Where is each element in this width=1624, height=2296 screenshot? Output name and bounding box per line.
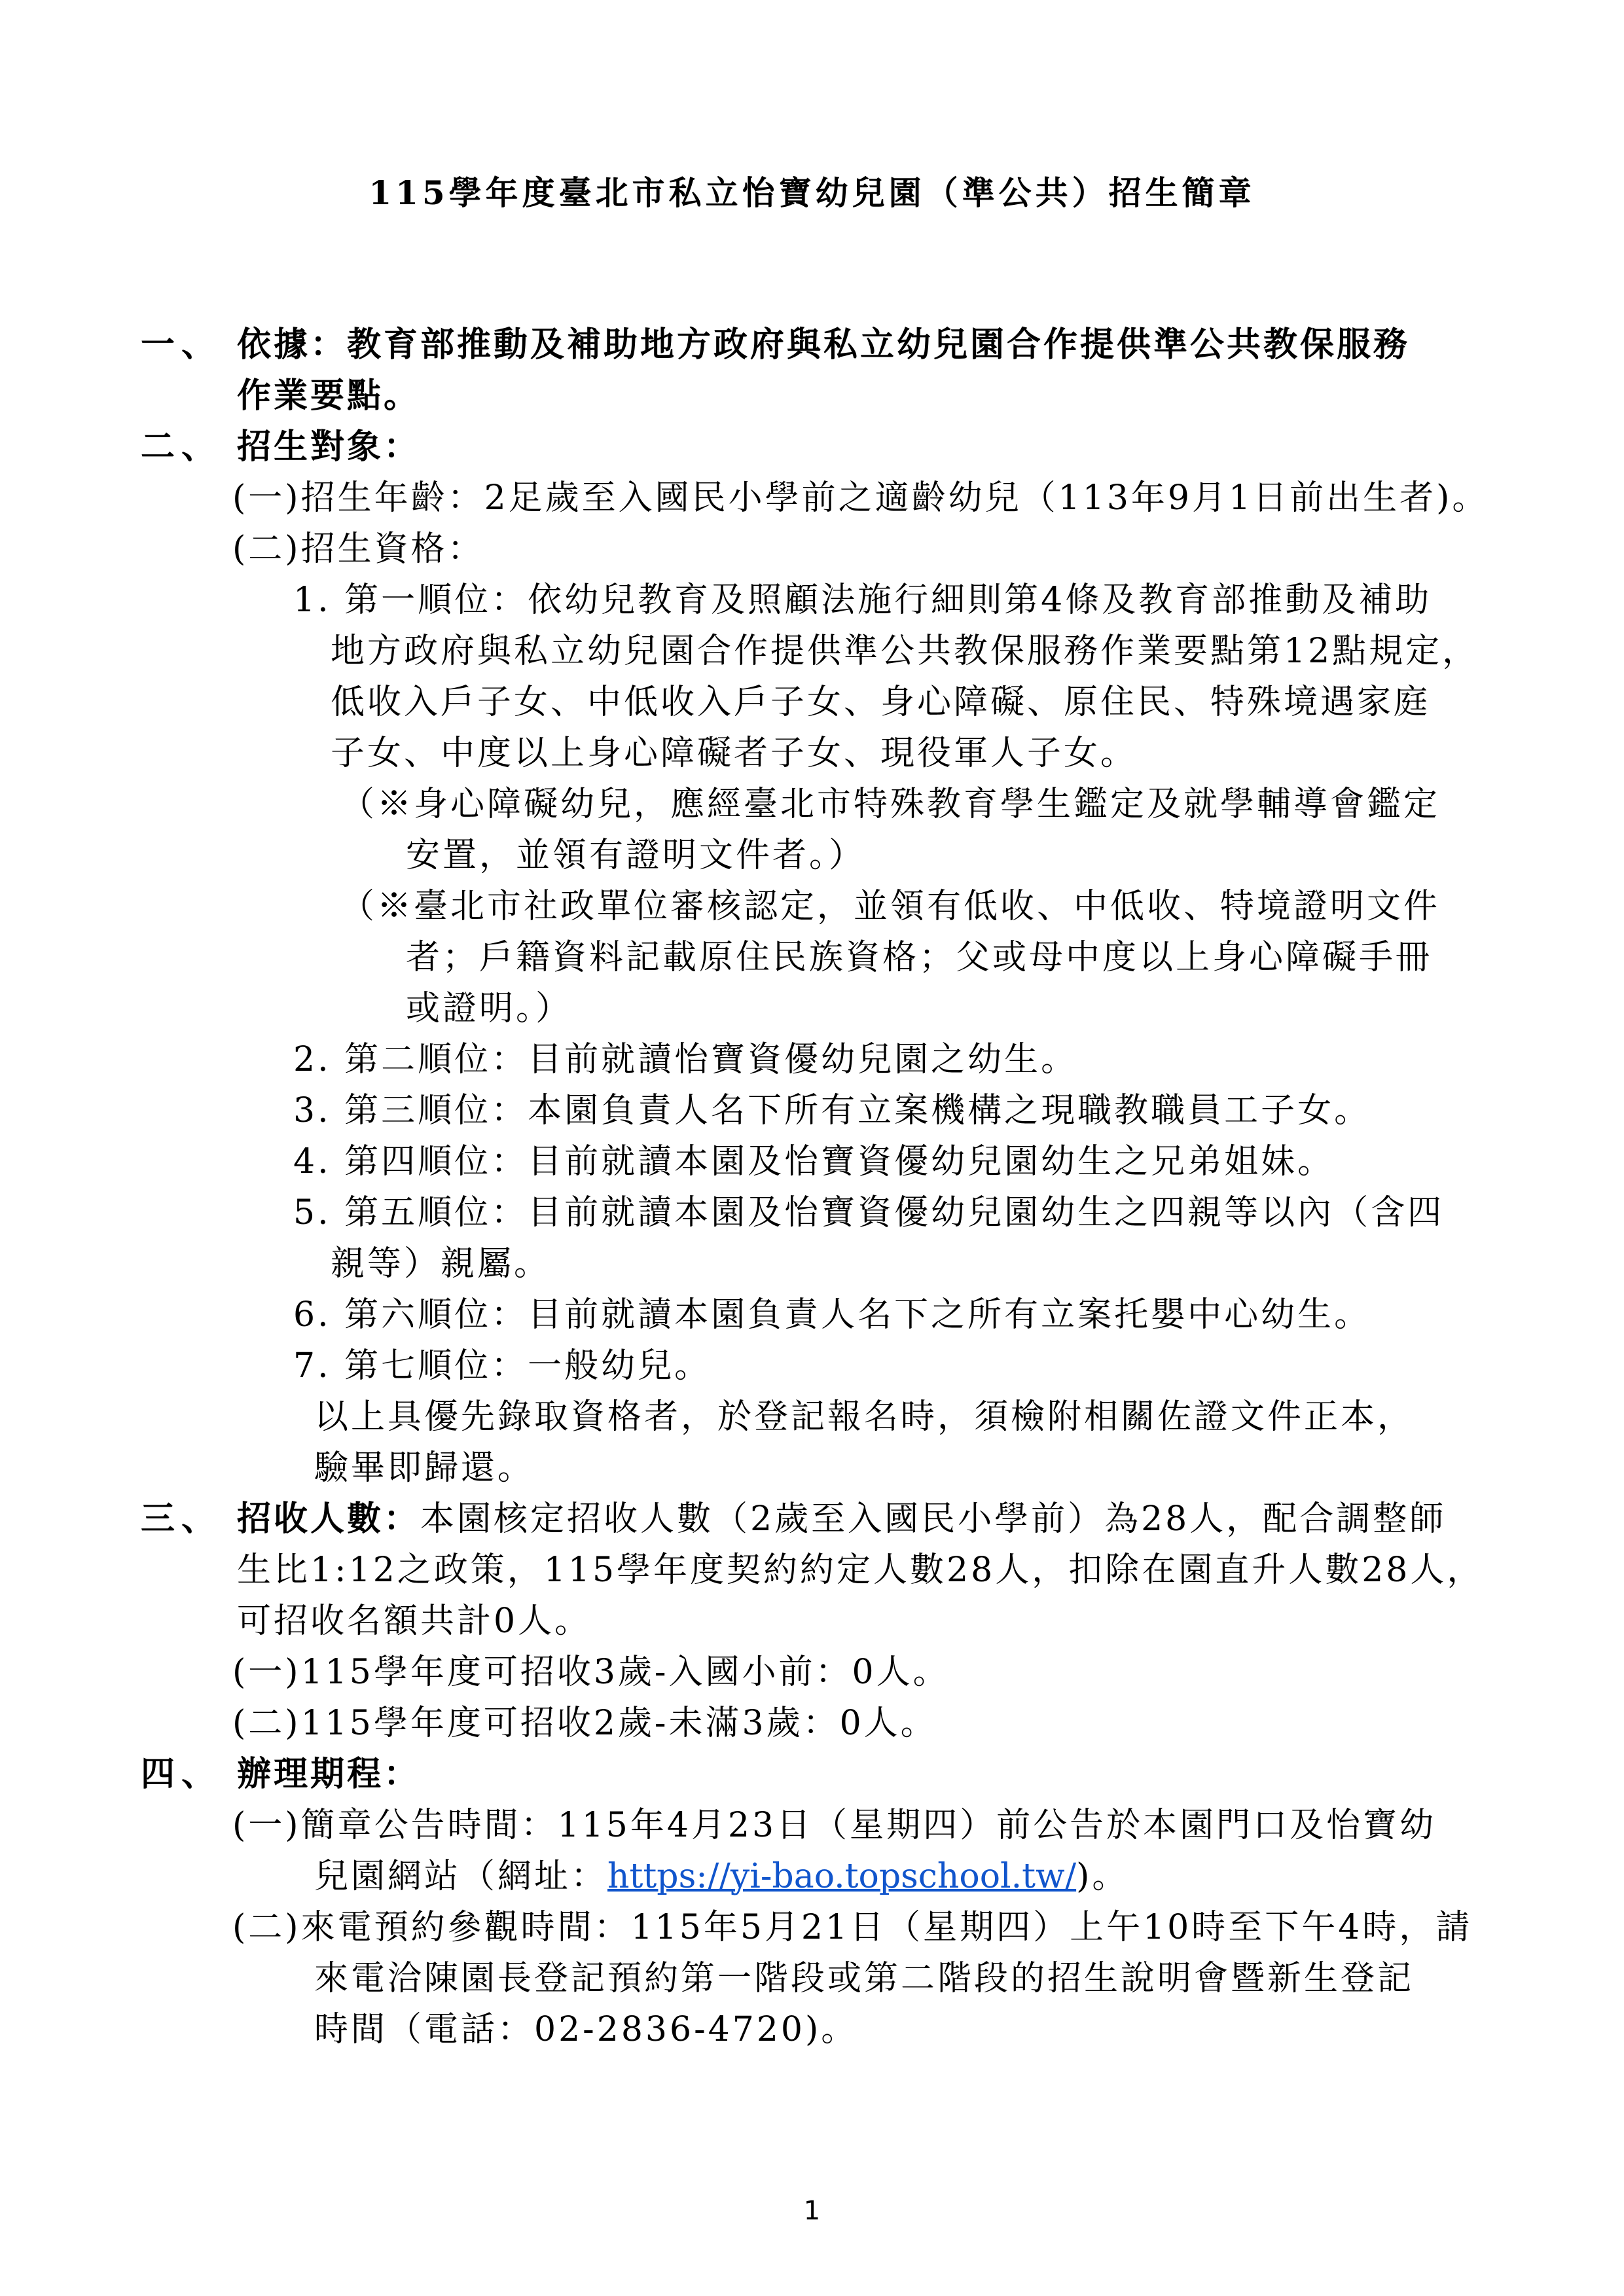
quota-3yr: (一)115學年度可招收3歲-入國小前：0人。 xyxy=(232,1653,950,1692)
document-page: 115學年度臺北市私立怡寶幼兒園（準公共）招生簡章 一、 依據：教育部推動及補助… xyxy=(0,0,1624,2296)
visit-line-3: 時間（電話：02-2836-4720)。 xyxy=(314,2010,857,2049)
note-1-line-1: （※身心障礙幼兒，應經臺北市特殊教育學生鑑定及就學輔導會鑑定 xyxy=(340,785,1440,824)
section-3-numeral: 三、 xyxy=(141,1499,222,1539)
visit-line-1: (二)來電預約參觀時間：115年5月21日（星期四）上午10時至下午4時，請 xyxy=(232,1908,1472,1947)
qualification-heading: (二)招生資格： xyxy=(232,529,484,569)
section-1-line-2: 作業要點。 xyxy=(237,376,420,416)
priority-closing-line-2: 驗畢即歸還。 xyxy=(314,1448,534,1488)
section-3-line-3: 可招收名額共計0人。 xyxy=(237,1602,591,1641)
note-2-line-3: 或證明。） xyxy=(406,989,572,1028)
announcement-line-2: 兒園網站（網址：https://yi-bao.topschool.tw/)。 xyxy=(314,1857,1128,1896)
priority-1-line-1: 1. 第一順位：依幼兒教育及照顧法施行細則第4條及教育部推動及補助 xyxy=(293,581,1432,620)
priority-4: 4. 第四順位：目前就讀本園及怡寶資優幼兒園幼生之兄弟姐妹。 xyxy=(293,1142,1334,1181)
section-2-heading: 招生對象： xyxy=(237,427,420,467)
priority-1-line-4: 子女、中度以上身心障礙者子女、現役軍人子女。 xyxy=(331,734,1137,773)
page-number: 1 xyxy=(0,2196,1624,2226)
document-title: 115學年度臺北市私立怡寶幼兒園（準公共）招生簡章 xyxy=(0,167,1624,214)
section-1-line-1: 依據：教育部推動及補助地方政府與私立幼兒園合作提供準公共教保服務 xyxy=(237,325,1410,365)
section-3-line-1: 招收人數：本園核定招收人數（2歲至入國民小學前）為28人，配合調整師 xyxy=(237,1499,1446,1539)
section-4-heading: 辦理期程： xyxy=(237,1755,420,1794)
priority-3: 3. 第三順位：本園負責人名下所有立案機構之現職教職員工子女。 xyxy=(293,1091,1371,1130)
priority-5-line-2: 親等）親屬。 xyxy=(331,1244,550,1283)
priority-closing-line-1: 以上具優先錄取資格者，於登記報名時，須檢附相關佐證文件正本， xyxy=(314,1397,1414,1437)
website-suffix: )。 xyxy=(1076,1857,1128,1896)
priority-7: 7. 第七順位：一般幼兒。 xyxy=(293,1346,711,1386)
section-2-numeral: 二、 xyxy=(141,427,222,467)
priority-2: 2. 第二順位：目前就讀怡寶資優幼兒園之幼生。 xyxy=(293,1040,1077,1079)
section-3-text: 本園核定招收人數（2歲至入國民小學前）為28人，配合調整師 xyxy=(420,1499,1446,1539)
section-3-heading: 招收人數： xyxy=(237,1499,420,1539)
note-1-line-2: 安置，並領有證明文件者。） xyxy=(406,836,865,875)
section-3-line-2: 生比1:12之政策，115學年度契約約定人數28人，扣除在園直升人數28人， xyxy=(237,1551,1483,1590)
enrollment-age: (一)招生年齡：2足歲至入國民小學前之適齡幼兒（113年9月1日前出生者)。 xyxy=(232,478,1489,518)
priority-1-line-3: 低收入戶子女、中低收入戶子女、身心障礙、原住民、特殊境遇家庭 xyxy=(331,683,1430,722)
section-4-numeral: 四、 xyxy=(141,1755,222,1794)
priority-1-line-2: 地方政府與私立幼兒園合作提供準公共教保服務作業要點第12點規定， xyxy=(331,632,1479,671)
quota-2yr: (二)115學年度可招收2歲-未滿3歲：0人。 xyxy=(232,1704,937,1743)
website-label: 兒園網站（網址： xyxy=(314,1857,607,1896)
section-1-heading: 依據： xyxy=(237,325,347,365)
announcement-line-1: (一)簡章公告時間：115年4月23日（星期四）前公告於本園門口及怡寶幼 xyxy=(232,1806,1436,1845)
priority-5-line-1: 5. 第五順位：目前就讀本園及怡寶資優幼兒園幼生之四親等以內（含四 xyxy=(293,1193,1444,1232)
visit-line-2: 來電洽陳園長登記預約第一階段或第二階段的招生說明會暨新生登記 xyxy=(314,1959,1414,1998)
note-2-line-1: （※臺北市社政單位審核認定，並領有低收、中低收、特境證明文件 xyxy=(340,887,1440,926)
priority-6: 6. 第六順位：目前就讀本園負責人名下之所有立案托嬰中心幼生。 xyxy=(293,1295,1371,1335)
section-1-text: 教育部推動及補助地方政府與私立幼兒園合作提供準公共教保服務 xyxy=(347,325,1410,365)
website-link[interactable]: https://yi-bao.topschool.tw/ xyxy=(607,1857,1076,1896)
note-2-line-2: 者；戶籍資料記載原住民族資格；父或母中度以上身心障礙手冊 xyxy=(406,938,1432,977)
section-1-numeral: 一、 xyxy=(141,325,222,365)
